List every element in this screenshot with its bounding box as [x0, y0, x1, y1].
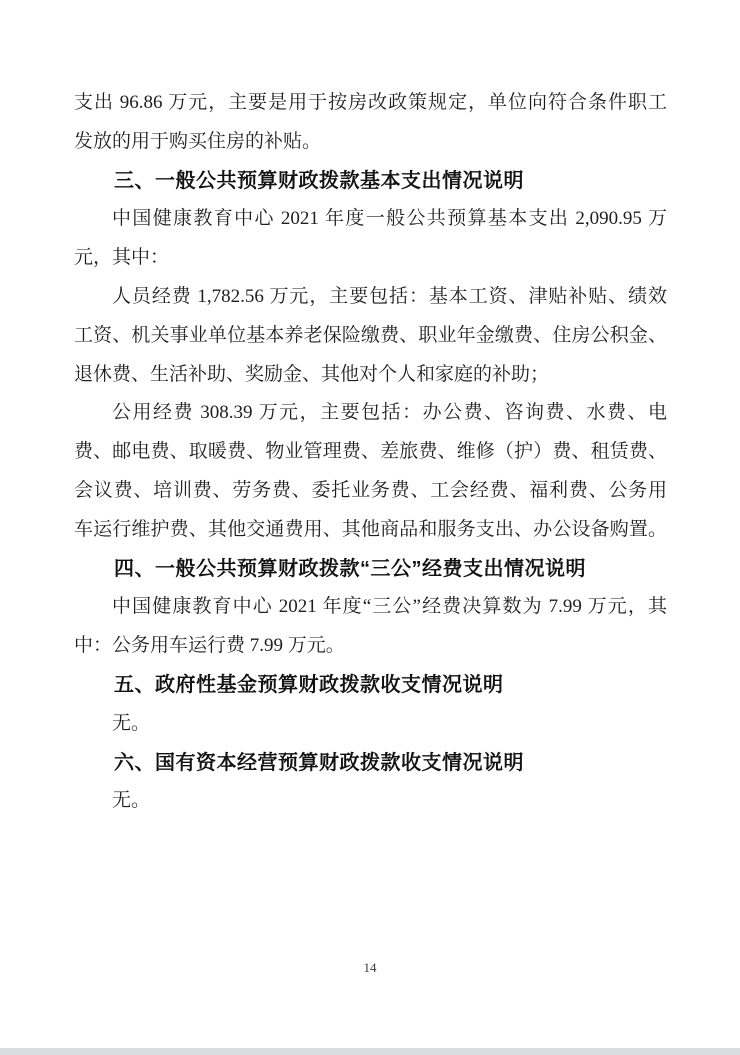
doc-line: 车运行维护费、其他交通费用、其他商品和服务支出、办公设备购置。: [74, 511, 667, 550]
doc-line: 人员经费 1,782.56 万元，主要包括：基本工资、津贴补贴、绩效: [74, 278, 667, 317]
doc-line: 费、邮电费、取暖费、物业管理费、差旅费、维修（护）费、租赁费、: [74, 433, 667, 472]
doc-line: 公用经费 308.39 万元，主要包括：办公费、咨询费、水费、电: [74, 394, 667, 433]
section-heading: 六、国有资本经营预算财政拨款收支情况说明: [74, 744, 667, 783]
section-heading: 三、一般公共预算财政拨款基本支出情况说明: [74, 162, 667, 201]
section-heading: 五、政府性基金预算财政拨款收支情况说明: [74, 666, 667, 705]
doc-line: 元，其中：: [74, 239, 667, 278]
document-body: 支出 96.86 万元，主要是用于按房改政策规定，单位向符合条件职工 发放的用于…: [74, 84, 667, 821]
doc-line: 退休费、生活补助、奖励金、其他对个人和家庭的补助；: [74, 356, 667, 395]
doc-line: 中国健康教育中心 2021 年度一般公共预算基本支出 2,090.95 万: [74, 200, 667, 239]
document-page: 支出 96.86 万元，主要是用于按房改政策规定，单位向符合条件职工 发放的用于…: [0, 0, 740, 1055]
page-number: 14: [0, 960, 740, 976]
doc-line: 会议费、培训费、劳务费、委托业务费、工会经费、福利费、公务用: [74, 472, 667, 511]
doc-line: 中：公务用车运行费 7.99 万元。: [74, 627, 667, 666]
doc-line: 支出 96.86 万元，主要是用于按房改政策规定，单位向符合条件职工: [74, 84, 667, 123]
doc-line: 发放的用于购买住房的补贴。: [74, 123, 667, 162]
page-bottom-edge: [0, 1048, 740, 1055]
doc-line: 中国健康教育中心 2021 年度“三公”经费决算数为 7.99 万元，其: [74, 588, 667, 627]
doc-line: 工资、机关事业单位基本养老保险缴费、职业年金缴费、住房公积金、: [74, 317, 667, 356]
doc-line: 无。: [74, 782, 667, 821]
section-heading: 四、一般公共预算财政拨款“三公”经费支出情况说明: [74, 550, 667, 589]
doc-line: 无。: [74, 705, 667, 744]
